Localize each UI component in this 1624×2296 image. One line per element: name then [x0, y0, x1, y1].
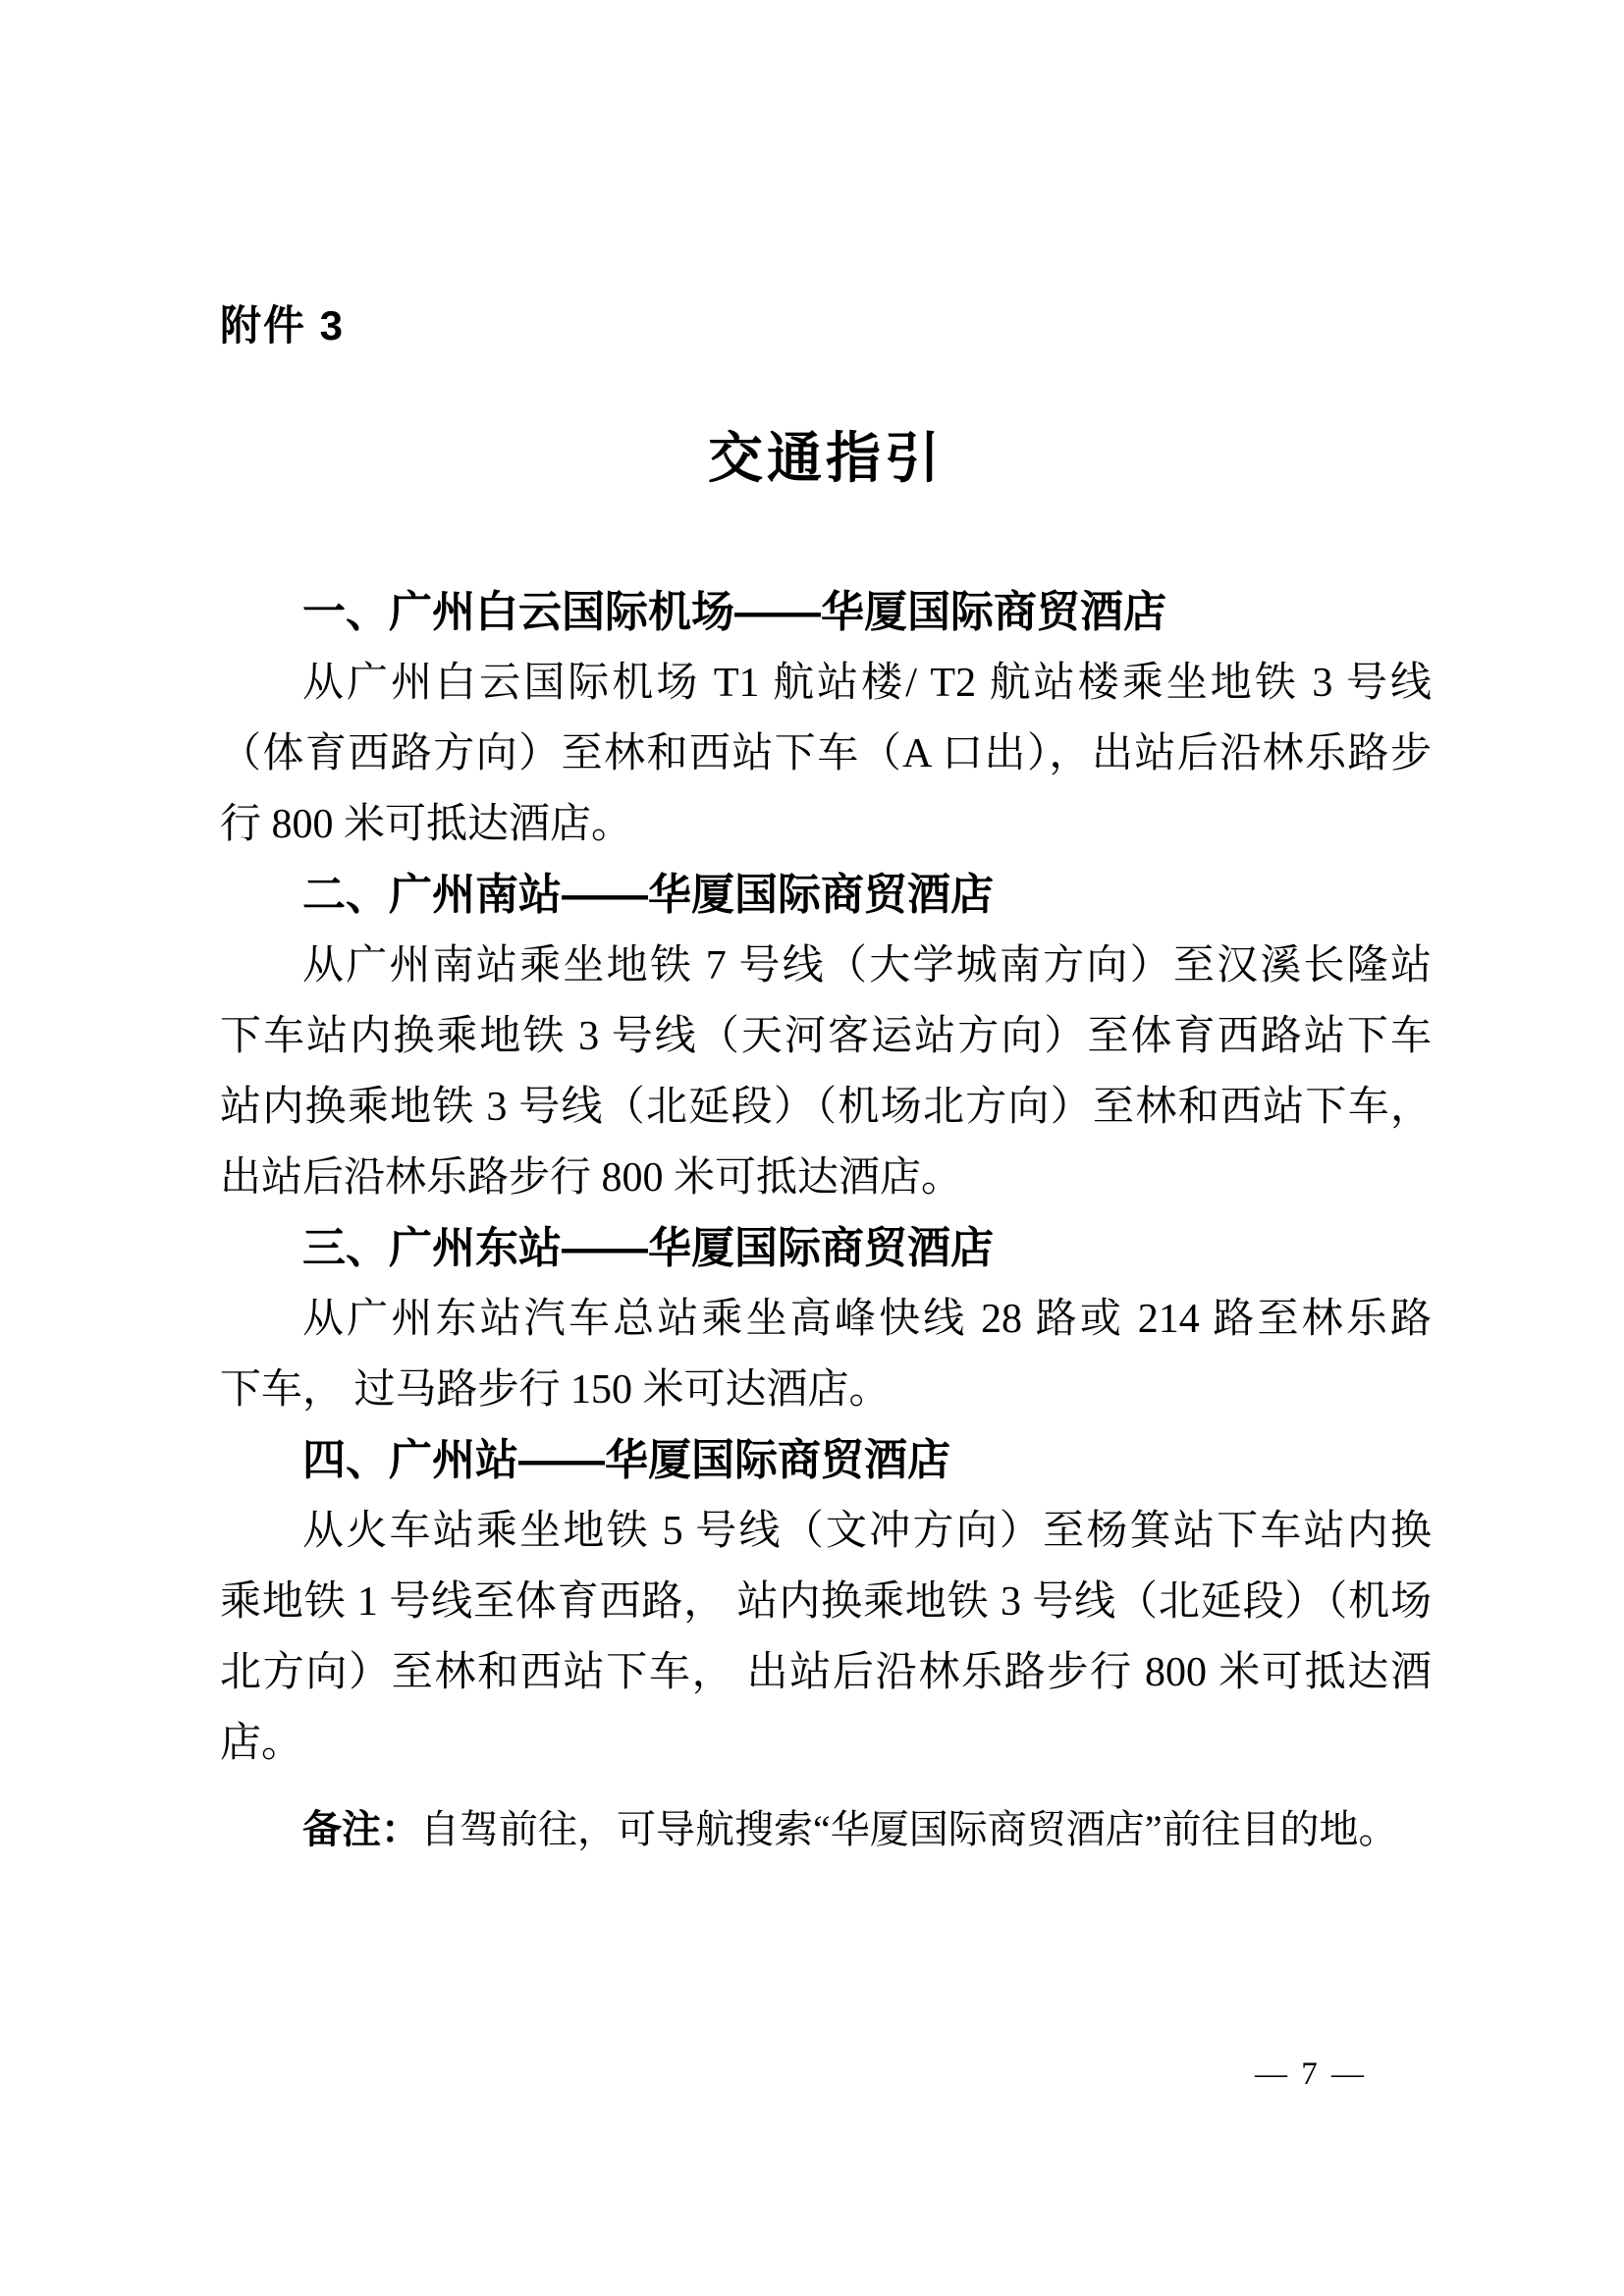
body-line: 从广州东站汽车总站乘坐高峰快线 28 路或 214 路至林乐路 — [220, 1284, 1432, 1355]
attachment-label: 附件 3 — [220, 291, 1432, 361]
document-content: 附件 3 交通指引 一、广州白云国际机场——华厦国际商贸酒店从广州白云国际机场 … — [220, 0, 1432, 1865]
body-line: 下车， 过马路步行 150 米可达酒店。 — [220, 1355, 1432, 1425]
section-heading-1: 一、广州白云国际机场——华厦国际商贸酒店 — [220, 577, 1432, 648]
document-page: 附件 3 交通指引 一、广州白云国际机场——华厦国际商贸酒店从广州白云国际机场 … — [0, 0, 1624, 2296]
document-title: 交通指引 — [220, 420, 1432, 499]
body-line: 从火车站乘坐地铁 5 号线（文冲方向）至杨箕站下车站内换 — [220, 1496, 1432, 1567]
body-line: 乘地铁 1 号线至体育西路， 站内换乘地铁 3 号线（北延段）（机场 — [220, 1567, 1432, 1637]
body-line: 行 800 米可抵达酒店。 — [220, 789, 1432, 860]
body-line: 北方向）至林和西站下车， 出站后沿林乐路步行 800 米可抵达酒 — [220, 1637, 1432, 1708]
note-line: 备注：自驾前往，可导航搜索“华厦国际商贸酒店”前往目的地。 — [220, 1794, 1432, 1865]
body-line: 出站后沿林乐路步行 800 米可抵达酒店。 — [220, 1143, 1432, 1213]
note-text: 自驾前往，可导航搜索“华厦国际商贸酒店”前往目的地。 — [420, 1807, 1398, 1851]
note-label: 备注： — [302, 1808, 420, 1851]
body-line: 下车站内换乘地铁 3 号线（天河客运站方向）至体育西路站下车 — [220, 1001, 1432, 1072]
sections-container: 一、广州白云国际机场——华厦国际商贸酒店从广州白云国际机场 T1 航站楼/ T2… — [220, 577, 1432, 1779]
page-number: — 7 — — [1255, 2055, 1367, 2094]
body-line: 从广州白云国际机场 T1 航站楼/ T2 航站楼乘坐地铁 3 号线 — [220, 648, 1432, 719]
body-line: （体育西路方向）至林和西站下车（A 口出），出站后沿林乐路步 — [220, 719, 1432, 789]
body-line: 从广州南站乘坐地铁 7 号线（大学城南方向）至汉溪长隆站 — [220, 931, 1432, 1001]
section-heading-3: 三、广州东站——华厦国际商贸酒店 — [220, 1213, 1432, 1284]
body-line: 站内换乘地铁 3 号线（北延段）（机场北方向）至林和西站下车， — [220, 1072, 1432, 1143]
section-heading-4: 四、广州站——华厦国际商贸酒店 — [220, 1425, 1432, 1496]
section-heading-2: 二、广州南站——华厦国际商贸酒店 — [220, 860, 1432, 931]
body-line: 店。 — [220, 1708, 1432, 1779]
